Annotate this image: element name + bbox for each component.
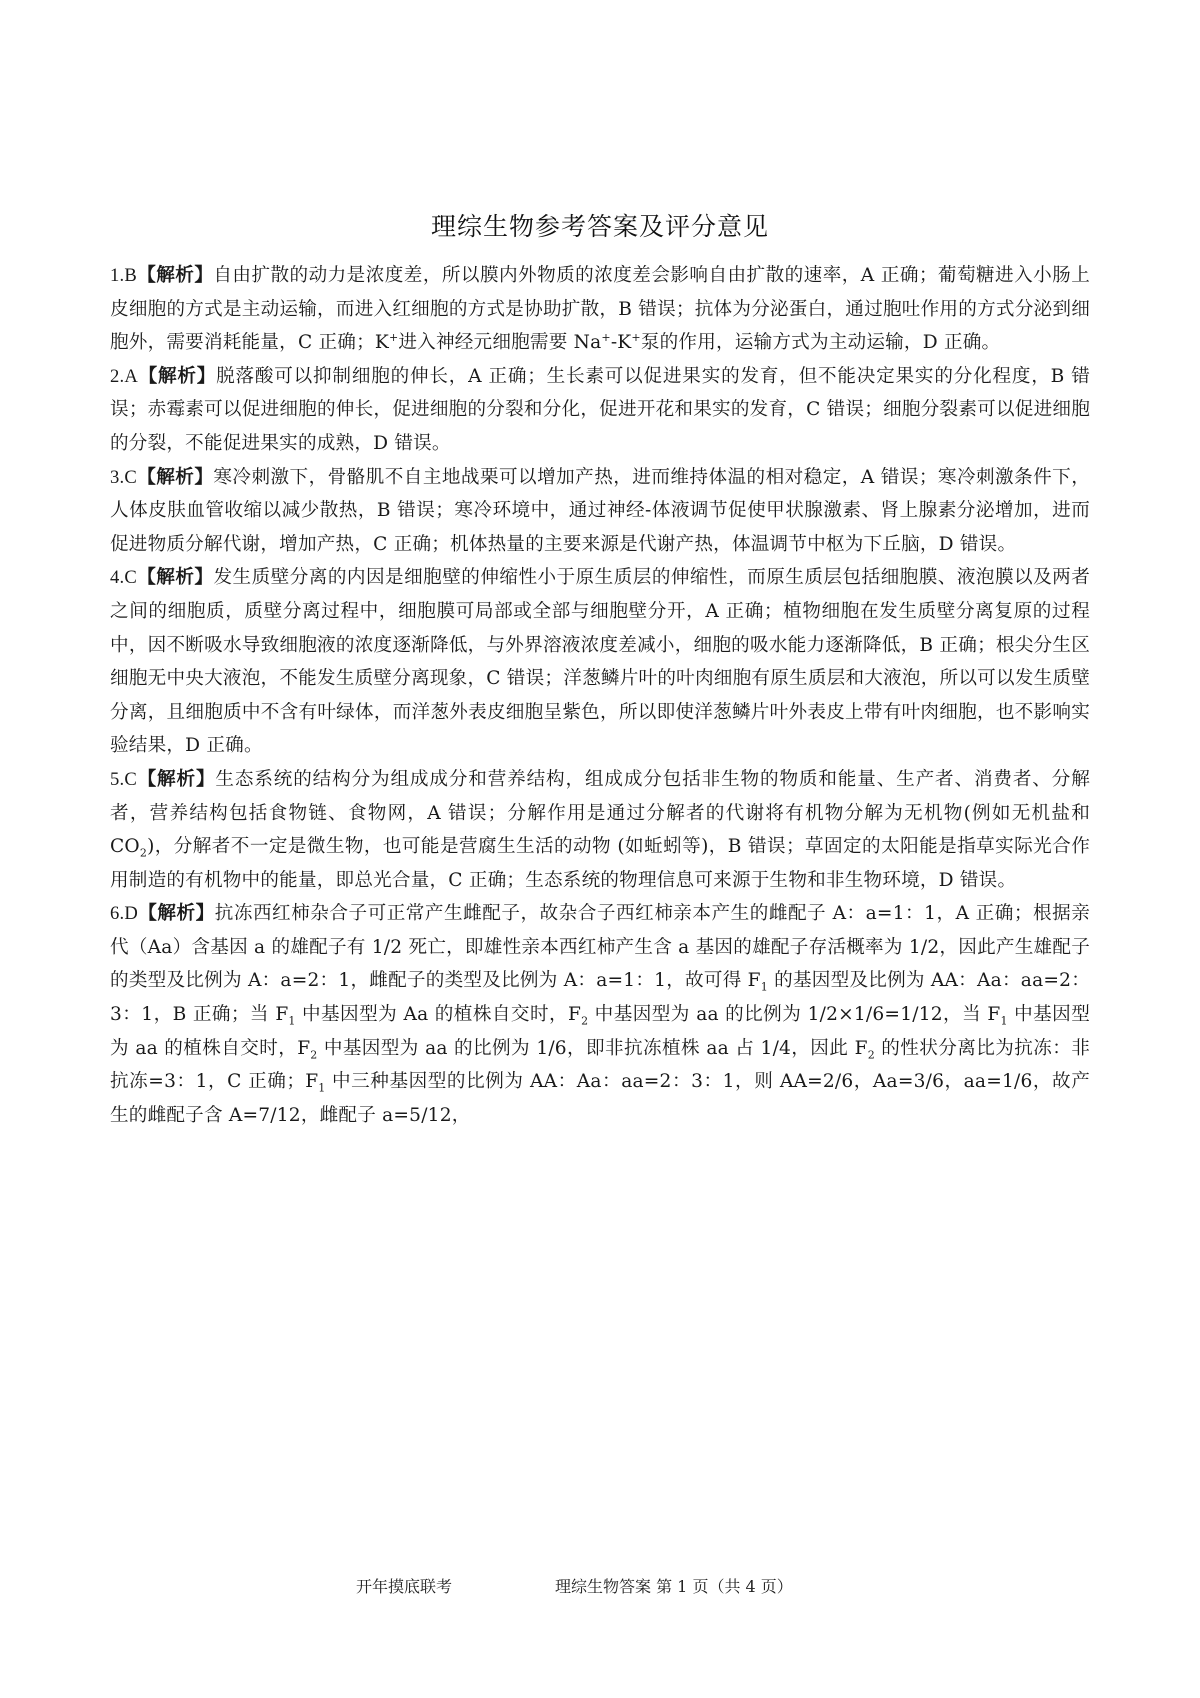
analysis-tag: 【解析】 xyxy=(137,467,213,488)
analysis-tag: 【解析】 xyxy=(138,903,215,924)
answer-list: 1.B【解析】自由扩散的动力是浓度差，所以膜内外物质的浓度差会影响自由扩散的速率… xyxy=(110,259,1090,1132)
analysis-tag: 【解析】 xyxy=(138,366,216,387)
answer-number: 5.C xyxy=(110,769,137,790)
answer-item: 6.D【解析】抗冻西红柿杂合子可正常产生雌配子，故杂合子西红柿亲本产生的雌配子 … xyxy=(110,897,1090,1132)
answer-number: 2.A xyxy=(110,366,138,387)
answer-number: 6.D xyxy=(110,903,138,924)
answer-number: 4.C xyxy=(110,567,137,588)
answer-item: 4.C【解析】发生质壁分离的内因是细胞壁的伸缩性小于原生质层的伸缩性，而原生质层… xyxy=(110,561,1090,763)
footer-page-info: 理综生物答案 第 1 页（共 4 页） xyxy=(555,1574,793,1597)
answer-item: 1.B【解析】自由扩散的动力是浓度差，所以膜内外物质的浓度差会影响自由扩散的速率… xyxy=(110,259,1090,360)
analysis-tag: 【解析】 xyxy=(137,265,213,286)
answer-number: 1.B xyxy=(110,265,137,286)
answer-item: 5.C【解析】生态系统的结构分为组成成分和营养结构，组成成分包括非生物的物质和能… xyxy=(110,763,1090,897)
answer-item: 3.C【解析】寒冷刺激下，骨骼肌不自主地战栗可以增加产热，进而维持体温的相对稳定… xyxy=(110,461,1090,562)
page-title: 理综生物参考答案及评分意见 xyxy=(0,207,1200,243)
analysis-tag: 【解析】 xyxy=(137,567,214,588)
answer-item: 2.A【解析】脱落酸可以抑制细胞的伸长，A 正确；生长素可以促进果实的发育，但不… xyxy=(110,360,1090,461)
footer-exam-name: 开年摸底联考 xyxy=(356,1574,452,1597)
answer-number: 3.C xyxy=(110,467,137,488)
analysis-tag: 【解析】 xyxy=(137,769,215,790)
